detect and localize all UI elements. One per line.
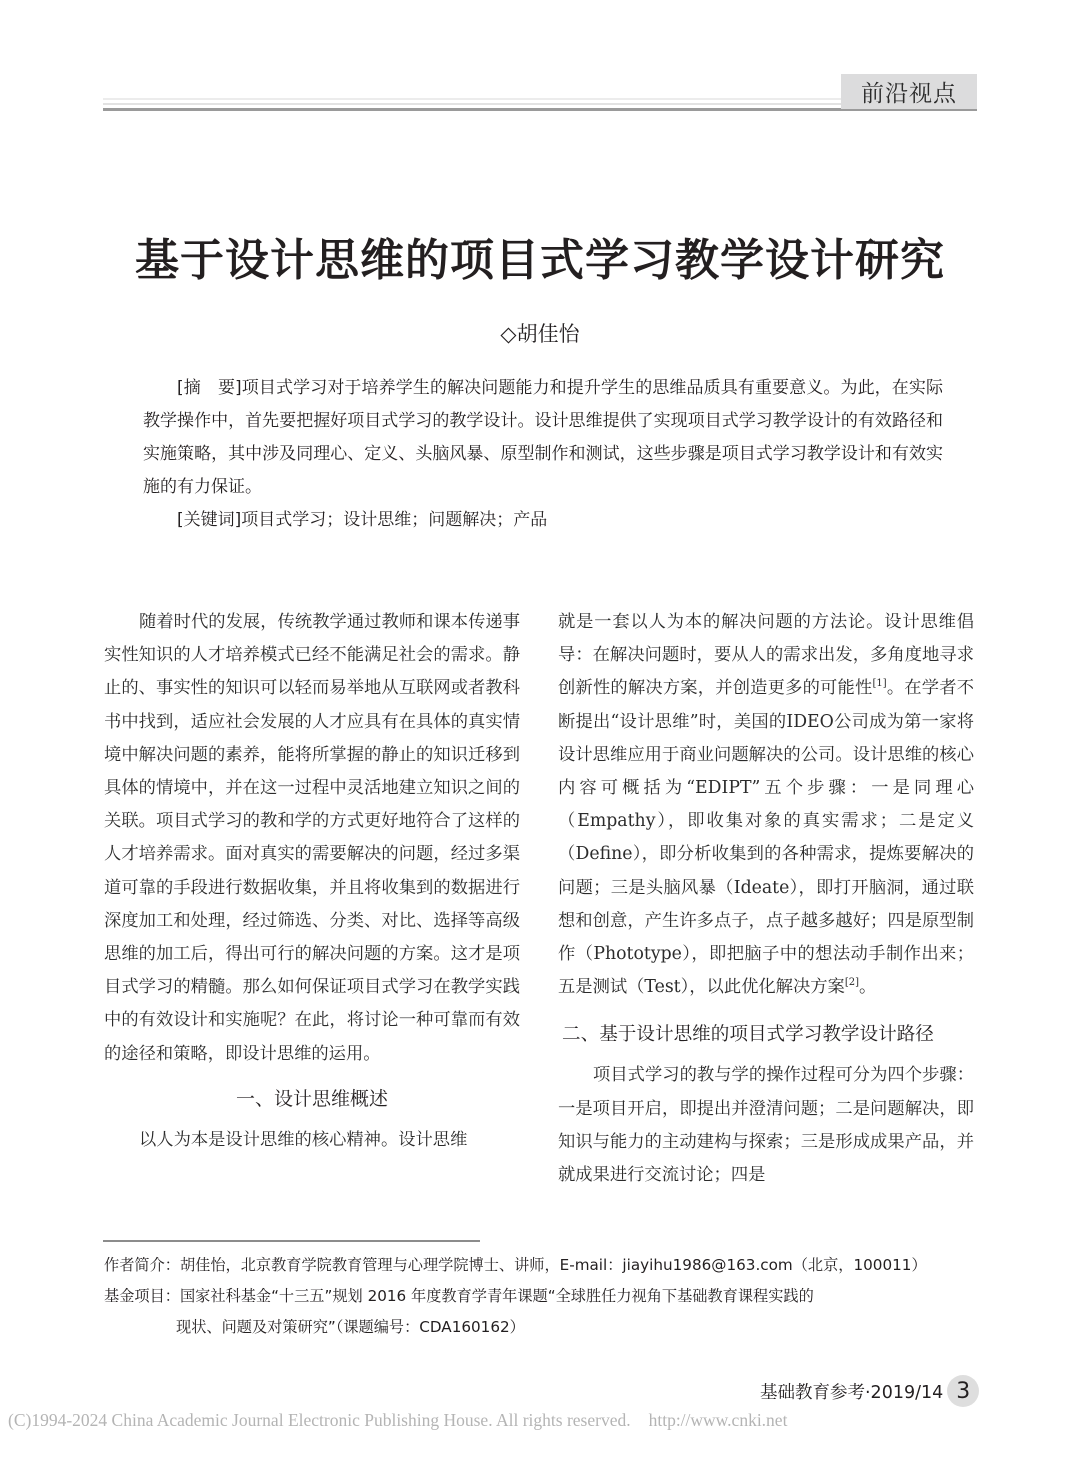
page-number: 3 [947,1375,979,1407]
journal-issue: 基础教育参考·2019/14 [760,1379,943,1404]
keywords-paragraph: [关键词]项目式学习；设计思维；问题解决；产品 [143,504,943,537]
copyright-line: (C)1994-2024 China Academic Journal Elec… [8,1410,1008,1431]
copyright-text: (C)1994-2024 China Academic Journal Elec… [8,1410,631,1430]
footnote-rule [103,1240,480,1242]
footnote-fund: 基金项目：国家社科基金“十三五”规划 2016 年度教育学青年课题“全球胜任力视… [104,1281,984,1312]
abstract-label: [摘 要] [177,378,242,398]
footnote-fund-continued: 现状、问题及对策研究”（课题编号：CDA160162） [104,1312,984,1343]
article-author: ◇胡佳怡 [0,318,1080,348]
footnote-author-text: 胡佳怡，北京教育学院教育管理与心理学院博士、讲师，E-mail：jiayihu1… [180,1250,927,1281]
intro-paragraph: 随着时代的发展，传统教学通过教师和课本传递事实性知识的人才培养模式已经不能满足社… [104,606,520,1071]
keywords-text: 项目式学习；设计思维；问题解决；产品 [241,510,547,530]
continuation-paragraph: 就是一套以人为本的解决问题的方法论。设计思维倡导：在解决问题时，要从人的需求出发… [558,606,974,1004]
footnotes: 作者简介：胡佳怡，北京教育学院教育管理与心理学院博士、讲师，E-mail：jia… [104,1250,984,1343]
citation-ref-2[interactable]: [2] [845,977,859,988]
journal-footer: 基础教育参考·2019/14 3 [760,1376,979,1406]
citation-ref-1[interactable]: [1] [872,679,886,690]
continuation-text-2: 。在学者不断提出“设计思维”时，美国的IDEO公司成为第一家将设计思维应用于商业… [558,678,974,997]
footnote-fund-text-2: 现状、问题及对策研究”（课题编号：CDA160162） [176,1312,525,1343]
abstract-paragraph: [摘 要]项目式学习对于培养学生的解决问题能力和提升学生的思维品质具有重要意义。… [143,372,943,504]
footnote-fund-label: 基金项目： [104,1281,180,1312]
keywords-label: [关键词] [177,510,241,530]
body-column-left: 随着时代的发展，传统教学通过教师和课本传递事实性知识的人才培养模式已经不能满足社… [104,606,520,1157]
section1-paragraph-start: 以人为本是设计思维的核心精神。设计思维 [104,1124,520,1157]
body-column-right: 就是一套以人为本的解决问题的方法论。设计思维倡导：在解决问题时，要从人的需求出发… [558,606,974,1192]
section-heading-1: 一、设计思维概述 [104,1083,520,1116]
continuation-text-3: 。 [859,977,876,997]
footnote-author-label: 作者简介： [104,1250,180,1281]
abstract-text: 项目式学习对于培养学生的解决问题能力和提升学生的思维品质具有重要意义。为此，在实… [143,378,943,497]
column-tab: 前沿视点 [841,74,977,109]
section2-paragraph-start: 项目式学习的教与学的操作过程可分为四个步骤：一是项目开启，即提出并澄清问题；二是… [558,1059,974,1192]
footnote-fund-text-1: 国家社科基金“十三五”规划 2016 年度教育学青年课题“全球胜任力视角下基础教… [180,1281,814,1312]
section-heading-2: 二、基于设计思维的项目式学习教学设计路径 [562,1018,974,1051]
abstract-block: [摘 要]项目式学习对于培养学生的解决问题能力和提升学生的思维品质具有重要意义。… [143,372,943,537]
cnki-url-link[interactable]: http://www.cnki.net [649,1410,788,1430]
footnote-author: 作者简介：胡佳怡，北京教育学院教育管理与心理学院博士、讲师，E-mail：jia… [104,1250,984,1281]
article-title: 基于设计思维的项目式学习教学设计研究 [0,224,1080,288]
